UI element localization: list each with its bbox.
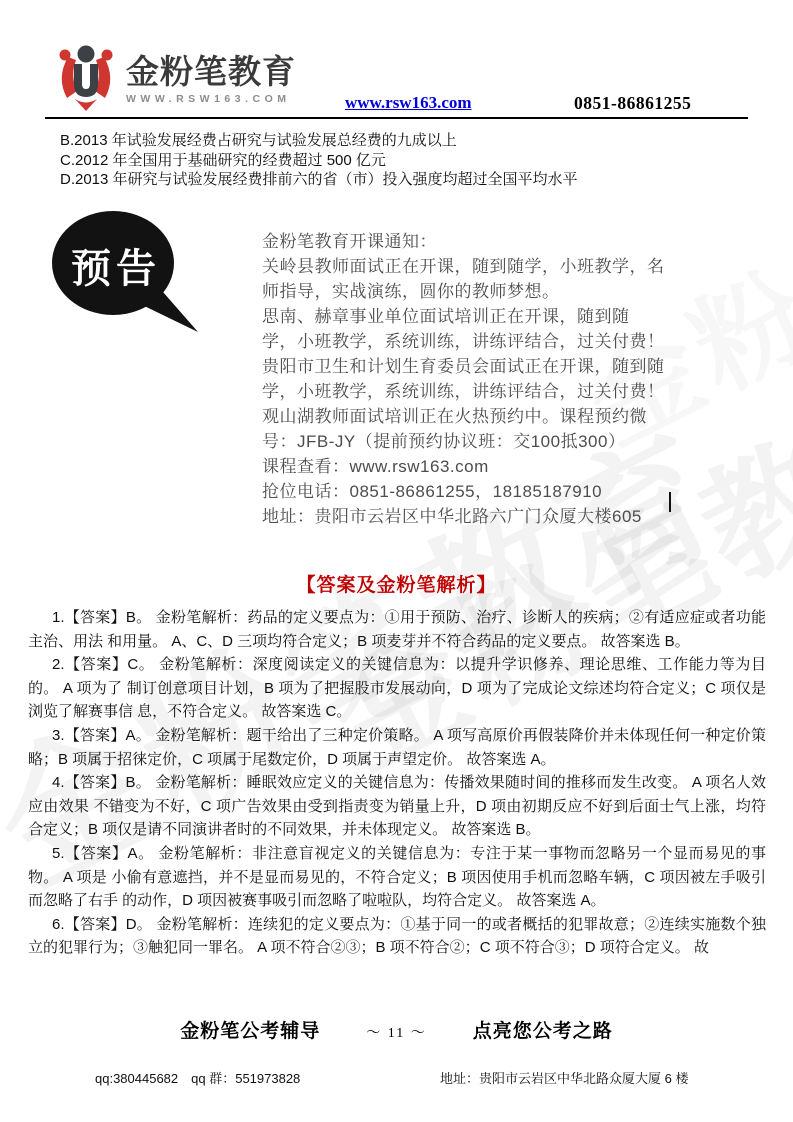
notice-line: 号：JFB-JY（提前预约协议班：交100抵300）: [262, 429, 698, 454]
footer-address: 地址：贵阳市云岩区中华北路众厦大厦 6 楼: [440, 1068, 688, 1087]
solution-item: 2.【答案】C。 金粉笔解析：深度阅读定义的关键信息为：以提升学识修养、理论思维…: [28, 653, 766, 724]
solutions-list[interactable]: 1.【答案】B。 金粉笔解析：药品的定义要点为：①用于预防、治疗、诊断人的疾病；…: [28, 606, 766, 960]
footer-brand-slogan-right: 点亮您公考之路: [473, 1016, 613, 1043]
solutions-heading: 【答案及金粉笔解析】: [0, 570, 793, 597]
notice-line: 抢位电话：0851-86861255，18185187910: [262, 479, 698, 504]
notice-line: 金粉笔教育开课通知：: [262, 229, 698, 254]
notice-badge: 预告: [66, 237, 166, 294]
notice-line: 地址：贵阳市云岩区中华北路六广门众厦大楼605: [262, 504, 698, 529]
question-options[interactable]: B.2013 年试验发展经费占研究与试验发展总经费的九成以上C.2012 年全国…: [60, 131, 750, 190]
text-cursor: [669, 492, 671, 512]
solution-item: 4.【答案】B。 金粉笔解析：睡眠效应定义的关键信息为：传播效果随时间的推移而发…: [28, 771, 766, 842]
notice-line: 思南、赫章事业单位面试培训正在开课，随到随: [262, 304, 698, 329]
brand-logo-icon: [55, 44, 117, 112]
notice-line: 学，小班教学，系统训练，讲练评结合，过关付费！: [262, 379, 698, 404]
header-phone-number: 0851-86861255: [574, 93, 691, 114]
question-option: B.2013 年试验发展经费占研究与试验发展总经费的九成以上: [60, 131, 750, 151]
solution-item: 6.【答案】D。 金粉笔解析：连续犯的定义要点为：①基于同一的或者概括的犯罪故意…: [28, 913, 766, 960]
brand-logo: 金粉笔教育 WWW.RSW163.COM: [55, 44, 296, 112]
page-number: ～ 11 ～: [366, 1022, 426, 1042]
brand-logo-text: 金粉笔教育 WWW.RSW163.COM: [126, 44, 296, 105]
course-notice-text[interactable]: 金粉笔教育开课通知：关岭县教师面试正在开课，随到随学，小班教学，名师指导，实战演…: [262, 229, 698, 529]
solution-item: 1.【答案】B。 金粉笔解析：药品的定义要点为：①用于预防、治疗、诊断人的疾病；…: [28, 606, 766, 653]
notice-line: 贵阳市卫生和计划生育委员会面试正在开课，随到随: [262, 354, 698, 379]
question-option: C.2012 年全国用于基础研究的经费超过 500 亿元: [60, 151, 750, 171]
brand-name: 金粉笔教育: [126, 54, 296, 90]
notice-line: 学，小班教学，系统训练，讲练评结合，过关付费！: [262, 329, 698, 354]
notice-line: 师指导，实战演练，圆你的教师梦想。: [262, 279, 698, 304]
document-page: 金粉笔教育 金粉笔教育 金粉笔教育 金粉笔教育 WWW.RSW163.COM w…: [0, 0, 793, 1122]
solution-item: 3.【答案】A。 金粉笔解析：题干给出了三种定价策略。 A 项写高原价再假装降价…: [28, 724, 766, 771]
brand-site-url: WWW.RSW163.COM: [126, 93, 296, 105]
notice-line: 观山湖教师面试培训正在火热预约中。课程预约微: [262, 404, 698, 429]
notice-line: 关岭县教师面试正在开课，随到随学，小班教学，名: [262, 254, 698, 279]
footer-brand-slogan-left: 金粉笔公考辅导: [180, 1016, 320, 1043]
header-divider: [45, 117, 748, 119]
footer-qq-contacts: qq:380445682 qq 群：551973828: [95, 1068, 300, 1087]
question-option: D.2013 年研究与试验发展经费排前六的省（市）投入强度均超过全国平均水平: [60, 170, 750, 190]
notice-line: 课程查看：www.rsw163.com: [262, 454, 698, 479]
solution-item: 5.【答案】A。 金粉笔解析：非注意盲视定义的关键信息为：专注于某一事物而忽略另…: [28, 842, 766, 913]
header-website-link[interactable]: www.rsw163.com: [345, 93, 472, 113]
page-footer-banner: 金粉笔公考辅导 ～ 11 ～ 点亮您公考之路: [0, 1016, 793, 1043]
